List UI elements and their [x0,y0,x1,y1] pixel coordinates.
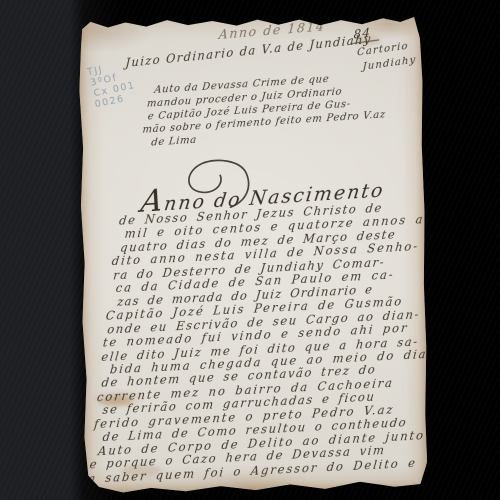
corner-annotation: 84 Cartorio Jundiahy [351,19,422,77]
folio-number: 84 [351,24,379,44]
archive-reference-stamp: TJJ3ºOfCx 0010026 [86,58,138,110]
manuscript-page: Anno de 1814 Juizo Ordinario da V.a de J… [76,9,429,495]
opening-summary-paragraph: Auto da Devassa Crime de quemandou proce… [149,69,390,149]
